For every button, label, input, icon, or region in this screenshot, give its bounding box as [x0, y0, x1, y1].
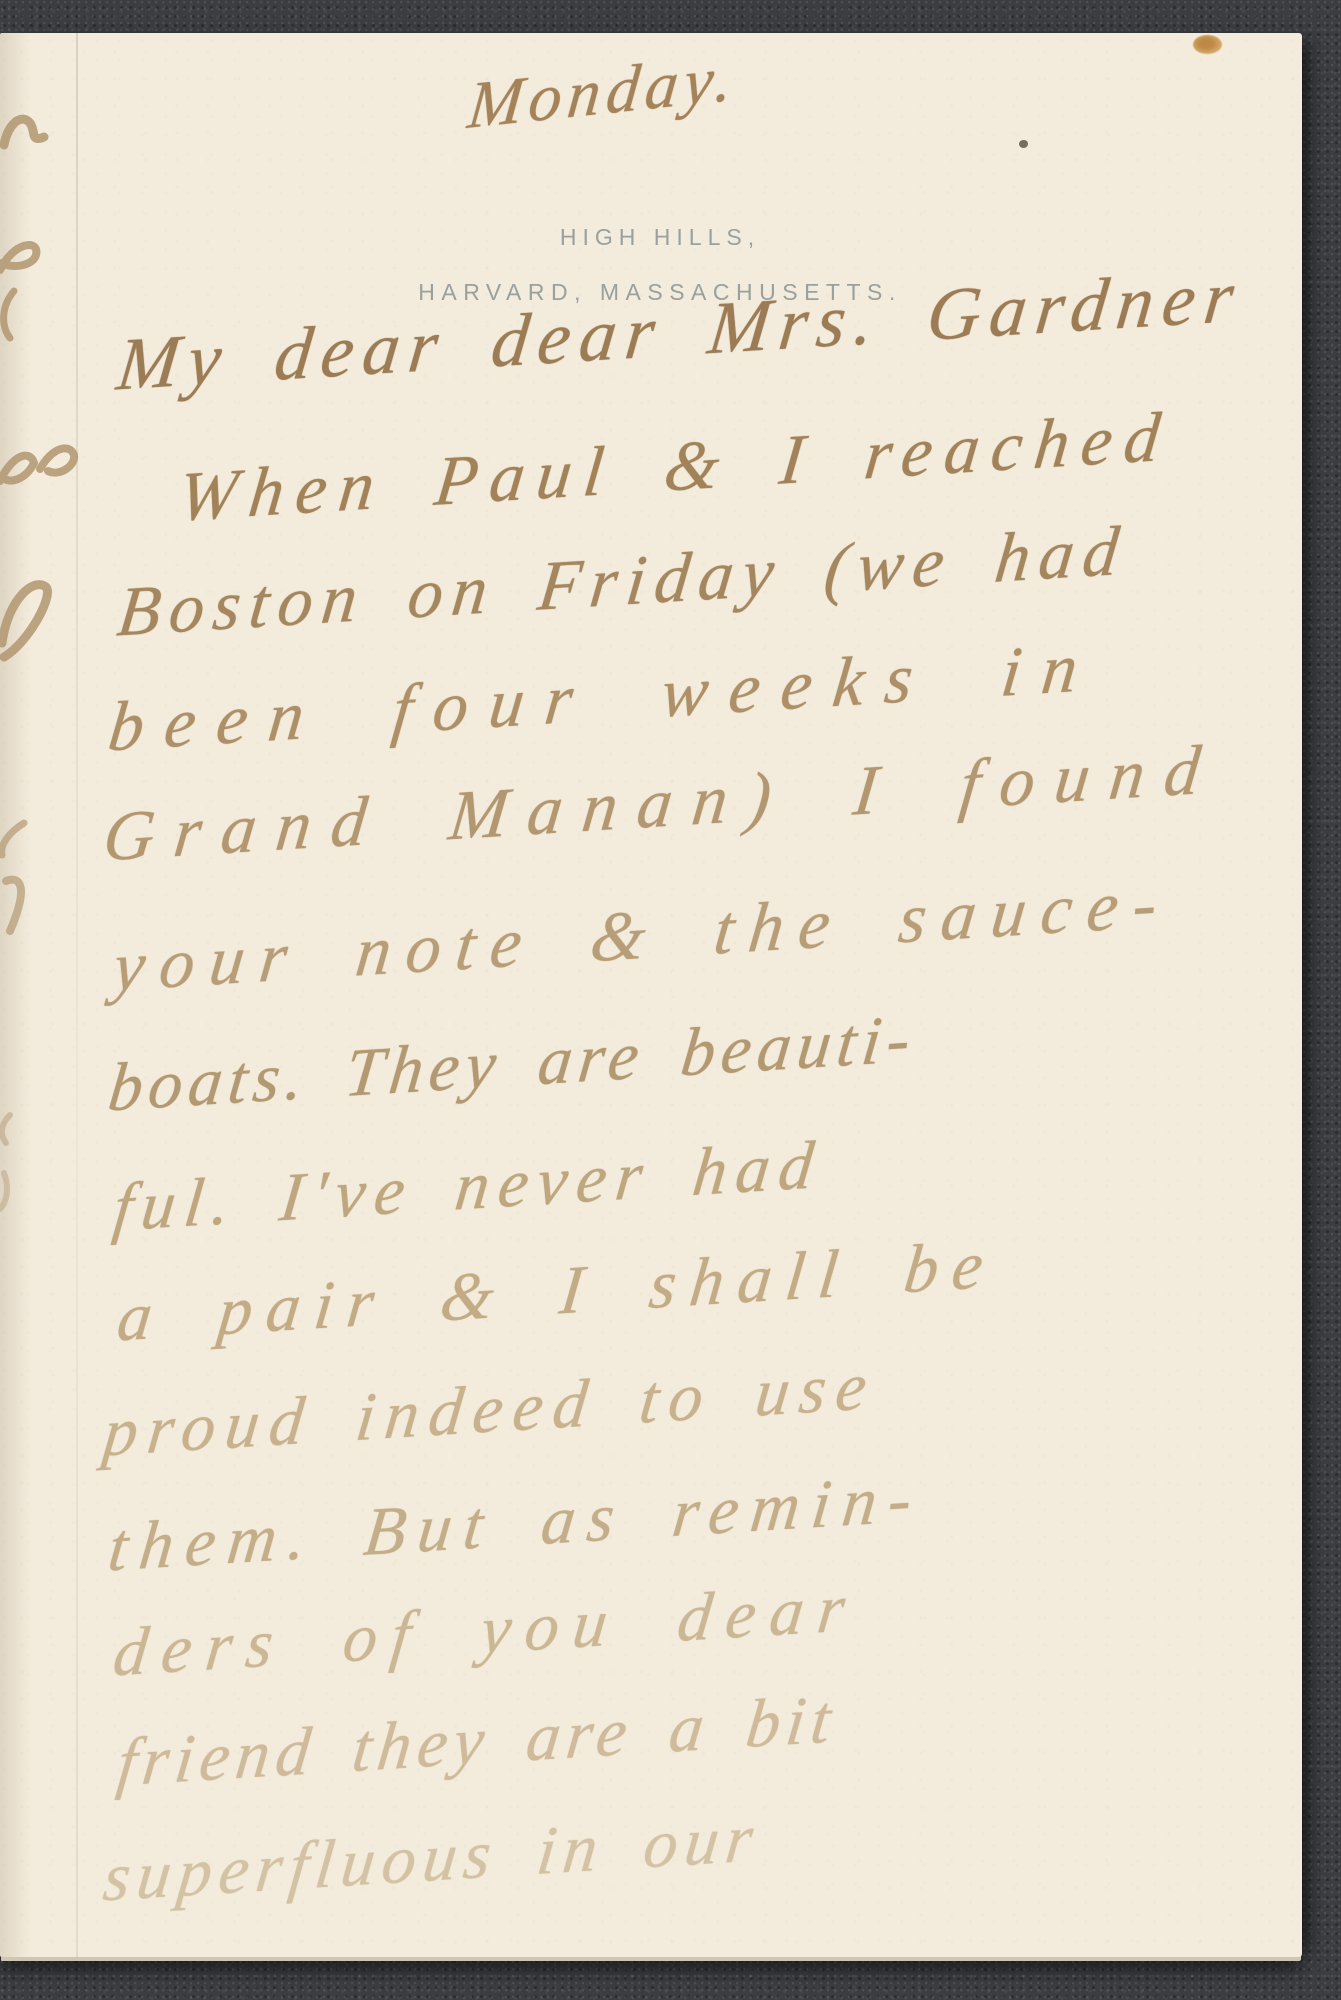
handwritten-line-3: Boston on Friday (we had [114, 516, 1131, 648]
handwritten-line-14: superfluous in our [100, 1803, 763, 1912]
handwritten-line-11: them. But as remin- [105, 1463, 927, 1581]
handwritten-line-6: your note & the sauce- [110, 868, 1176, 1003]
handwritten-line-13: friend they are a bit [114, 1684, 840, 1797]
handwritten-line-9: a pair & I shall be [114, 1229, 1001, 1351]
handwritten-line-4: been four weeks in [105, 633, 1102, 764]
left-page-ink-fragments [0, 33, 110, 1957]
date-line: Monday. [465, 45, 742, 140]
paper-stain [1193, 35, 1222, 54]
letter-paper: Monday. HIGH HILLS, HARVARD, MASSACHUSET… [0, 33, 1302, 1957]
handwritten-line-10: proud indeed to use [100, 1351, 880, 1467]
handwritten-line-2: When Paul & I reached [175, 402, 1175, 533]
handwritten-line-12: ders of you dear [110, 1572, 862, 1686]
handwritten-line-7: boats. They are beauti- [105, 1004, 920, 1122]
handwritten-line-8: ful. I've never had [110, 1130, 826, 1242]
ink-dot [1019, 140, 1028, 148]
letterhead-line1: HIGH HILLS, [400, 226, 920, 249]
photo-background: Monday. HIGH HILLS, HARVARD, MASSACHUSET… [0, 0, 1341, 2000]
